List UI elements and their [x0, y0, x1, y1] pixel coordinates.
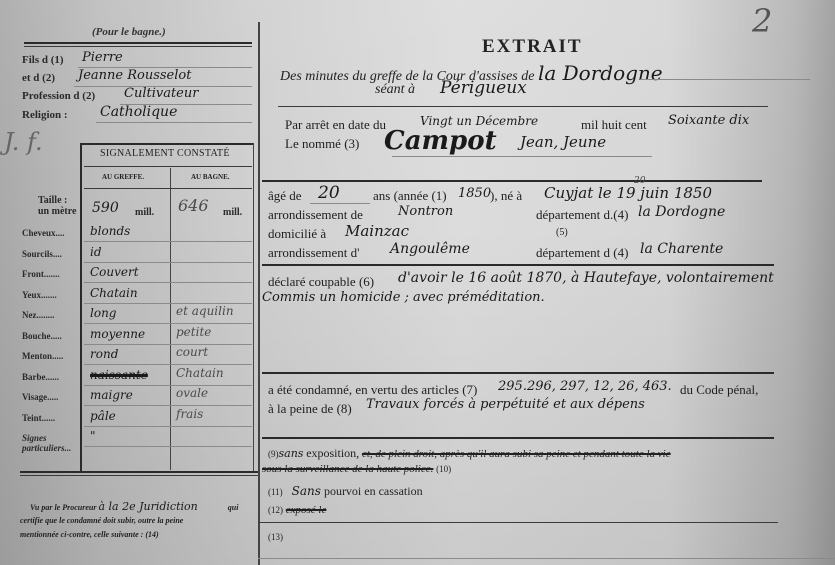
divider	[258, 522, 778, 523]
row-rule	[84, 241, 252, 242]
signalement-bagne-value: court	[176, 345, 208, 359]
signalement-label: Visage.....	[22, 392, 58, 402]
sans-pourvoi-hand: Sans	[292, 484, 321, 498]
struck-police-text: sous la surveillance de la haute police.	[262, 463, 433, 475]
arr2-value: Angoulême	[390, 241, 470, 257]
taille-greffe: 590	[92, 200, 119, 216]
articles-label: a été condamné, en vertu des articles (7…	[268, 382, 477, 398]
row-rule	[84, 364, 252, 365]
sans-exposition-hand: sans	[279, 447, 304, 460]
table-border	[80, 143, 254, 145]
peine-value: Travaux forcés à perpétuité et aux dépen…	[366, 397, 645, 412]
arret-year: Soixante dix	[668, 113, 749, 128]
expose-line: (12) exposé le	[268, 504, 326, 516]
row-rule	[84, 426, 252, 427]
signalement-greffe-value: rond	[90, 347, 118, 361]
accused-surname: Campot	[384, 126, 497, 156]
domicile-value: Mainzac	[345, 222, 409, 240]
signalement-greffe-value: pâle	[90, 409, 116, 423]
procureur-line1: Vu par le Procureur à la 2e Juridiction …	[30, 500, 238, 513]
panel-separator	[258, 22, 260, 565]
exposition-line2: sous la surveillance de la haute police.…	[262, 463, 451, 475]
arret-year-label: mil huit cent	[581, 117, 647, 133]
signalement-label: Sourcils....	[22, 249, 62, 259]
note-12: (12)	[268, 505, 283, 515]
dep1-value: la Dordogne	[638, 204, 725, 220]
signalement-label: Bouche.....	[22, 331, 62, 341]
court-department: la Dordogne	[538, 61, 663, 85]
date-correction: 20	[634, 176, 645, 186]
divider	[262, 372, 774, 374]
nomme-label: Le nommé (3)	[285, 136, 359, 152]
signalement-bagne-value: frais	[176, 407, 203, 421]
taille-sublabel: un mètre	[38, 206, 76, 217]
divider	[278, 106, 768, 107]
signalement-bagne-value: et aquilin	[176, 304, 234, 318]
arr1-value: Nontron	[398, 204, 453, 219]
signalement-label: Cheveux....	[22, 228, 65, 238]
pourvoi-text: pourvoi en cassation	[324, 484, 423, 498]
arr1-label: arrondissement de	[268, 207, 363, 223]
articles-value: 295.296, 297, 12, 26, 463.	[498, 379, 672, 394]
signalement-greffe-value: Chatain	[90, 286, 138, 300]
field-value-profession: Cultivateur	[124, 86, 198, 101]
lieu-naissance: Cuyjat le 19 juin 1850	[544, 184, 712, 202]
signalement-label: Signes particuliers...	[22, 433, 78, 453]
signalement-label: Front.......	[22, 269, 60, 279]
signalement-label: Nez........	[22, 310, 55, 320]
signalement-label: Menton.....	[22, 351, 63, 361]
procureur-label: Vu par le Procureur	[30, 503, 96, 512]
signalement-greffe-value: moyenne	[90, 327, 145, 341]
margin-mark: J. f.	[4, 128, 43, 156]
procureur-line3: mentionnée ci-contre, celle suivante : (…	[20, 530, 159, 539]
field-label-profession: Profession d (2)	[22, 90, 95, 102]
row-rule	[84, 282, 252, 283]
taille-bagne: 646	[178, 196, 209, 215]
signalement-greffe-value: id	[90, 245, 102, 259]
divider	[262, 264, 774, 266]
signalement-label: Teint......	[22, 413, 55, 423]
signalement-label: Barbe......	[22, 372, 59, 382]
struck-surveillance-text: et, de plein droit, après qu'il aura sub…	[362, 448, 671, 460]
arr2-label: arrondissement d'	[268, 245, 360, 261]
row-rule	[84, 262, 252, 263]
unit-greffe: mill.	[135, 207, 154, 218]
struck-expose-text: exposé le	[286, 504, 327, 516]
col-header-bagne: AU BAGNE.	[191, 173, 230, 181]
divider	[84, 188, 252, 189]
signalement-bagne-value: ovale	[176, 386, 208, 400]
crime-line2: Commis un homicide ; avec préméditation.	[262, 290, 545, 305]
note-5: (5)	[556, 227, 568, 238]
table-border	[253, 143, 254, 473]
crime-line1: d'avoir le 16 août 1870, à Hautefaye, vo…	[398, 270, 774, 286]
dep2-label: département d (4)	[536, 245, 628, 261]
note-10: (10)	[436, 464, 451, 474]
taille-label: Taille :	[38, 195, 67, 206]
row-rule	[84, 344, 252, 345]
row-rule	[84, 385, 252, 386]
signalement-greffe-value: Couvert	[90, 265, 139, 279]
annee-value: 1850	[458, 186, 491, 201]
arret-label: Par arrêt en date du	[285, 117, 386, 133]
signalement-greffe-value: maigre	[90, 388, 133, 402]
note-11: (11)	[268, 487, 283, 497]
exposition-text: exposition,	[306, 446, 359, 460]
field-label-mere: et d (2)	[22, 72, 55, 84]
signalement-greffe-value: naissante	[90, 368, 148, 382]
domicile-label: domicilié à	[268, 226, 326, 242]
peine-label: à la peine de (8)	[268, 401, 352, 417]
signalement-greffe-value: "	[90, 429, 96, 443]
row-rule	[84, 405, 252, 406]
note-13: (13)	[268, 532, 283, 542]
underline	[310, 203, 370, 204]
signalement-bagne-value: Chatain	[176, 366, 224, 380]
row-rule	[84, 446, 252, 447]
dep2-value: la Charente	[640, 241, 723, 257]
seant-value: Périgueux	[440, 78, 527, 98]
signalement-greffe-value: blonds	[90, 224, 130, 238]
seant-label: séant à	[375, 82, 415, 98]
divider	[262, 437, 774, 439]
divider	[24, 42, 252, 44]
ne-label: ), né à	[490, 188, 522, 204]
signalement-bagne-value: petite	[176, 325, 211, 339]
underline	[96, 122, 252, 123]
row-rule	[84, 323, 252, 324]
divider	[84, 166, 252, 167]
field-value-mere: Jeanne Rousselot	[78, 68, 191, 83]
procureur-line2: certifie que le condamné doit subir, out…	[20, 516, 183, 525]
signalement-title: SIGNALEMENT CONSTATÉ	[100, 148, 230, 159]
underline	[392, 156, 652, 157]
divider	[20, 475, 258, 476]
field-label-religion: Religion :	[22, 109, 68, 121]
note-9: (9)	[268, 449, 279, 459]
procureur-qui: qui	[228, 503, 239, 512]
exposition-line1: (9)sans exposition, et, de plein droit, …	[268, 446, 671, 461]
field-value-pere: Pierre	[82, 50, 123, 65]
dep1-label: département d.(4)	[536, 207, 628, 223]
table-border	[80, 143, 82, 471]
page-number: 2	[752, 2, 772, 40]
divider	[20, 471, 258, 473]
annee-label: ans (année (1)	[373, 188, 447, 204]
signalement-label: Yeux.......	[22, 290, 57, 300]
document-title: EXTRAIT	[482, 36, 583, 58]
age-label: âgé de	[268, 188, 302, 204]
coupable-label: déclaré coupable (6)	[268, 274, 374, 290]
signalement-greffe-value: long	[90, 306, 116, 320]
divider	[262, 180, 762, 182]
divider	[258, 558, 835, 559]
col-header-greffe: AU GREFFE.	[102, 173, 144, 181]
field-value-religion: Catholique	[100, 104, 177, 120]
field-label-pere: Fils d (1)	[22, 54, 64, 66]
age-value: 20	[318, 183, 340, 203]
procureur-jurisdiction: à la 2e Juridiction	[98, 500, 197, 513]
unit-bagne: mill.	[223, 207, 242, 218]
underline	[640, 79, 810, 80]
code-penal-label: du Code pénal,	[680, 382, 758, 398]
pourvoi-line: (11) Sans pourvoi en cassation	[268, 484, 423, 499]
header-note: (Pour le bagne.)	[92, 26, 166, 38]
divider	[24, 46, 252, 47]
accused-firstname: Jean, Jeune	[520, 133, 606, 151]
